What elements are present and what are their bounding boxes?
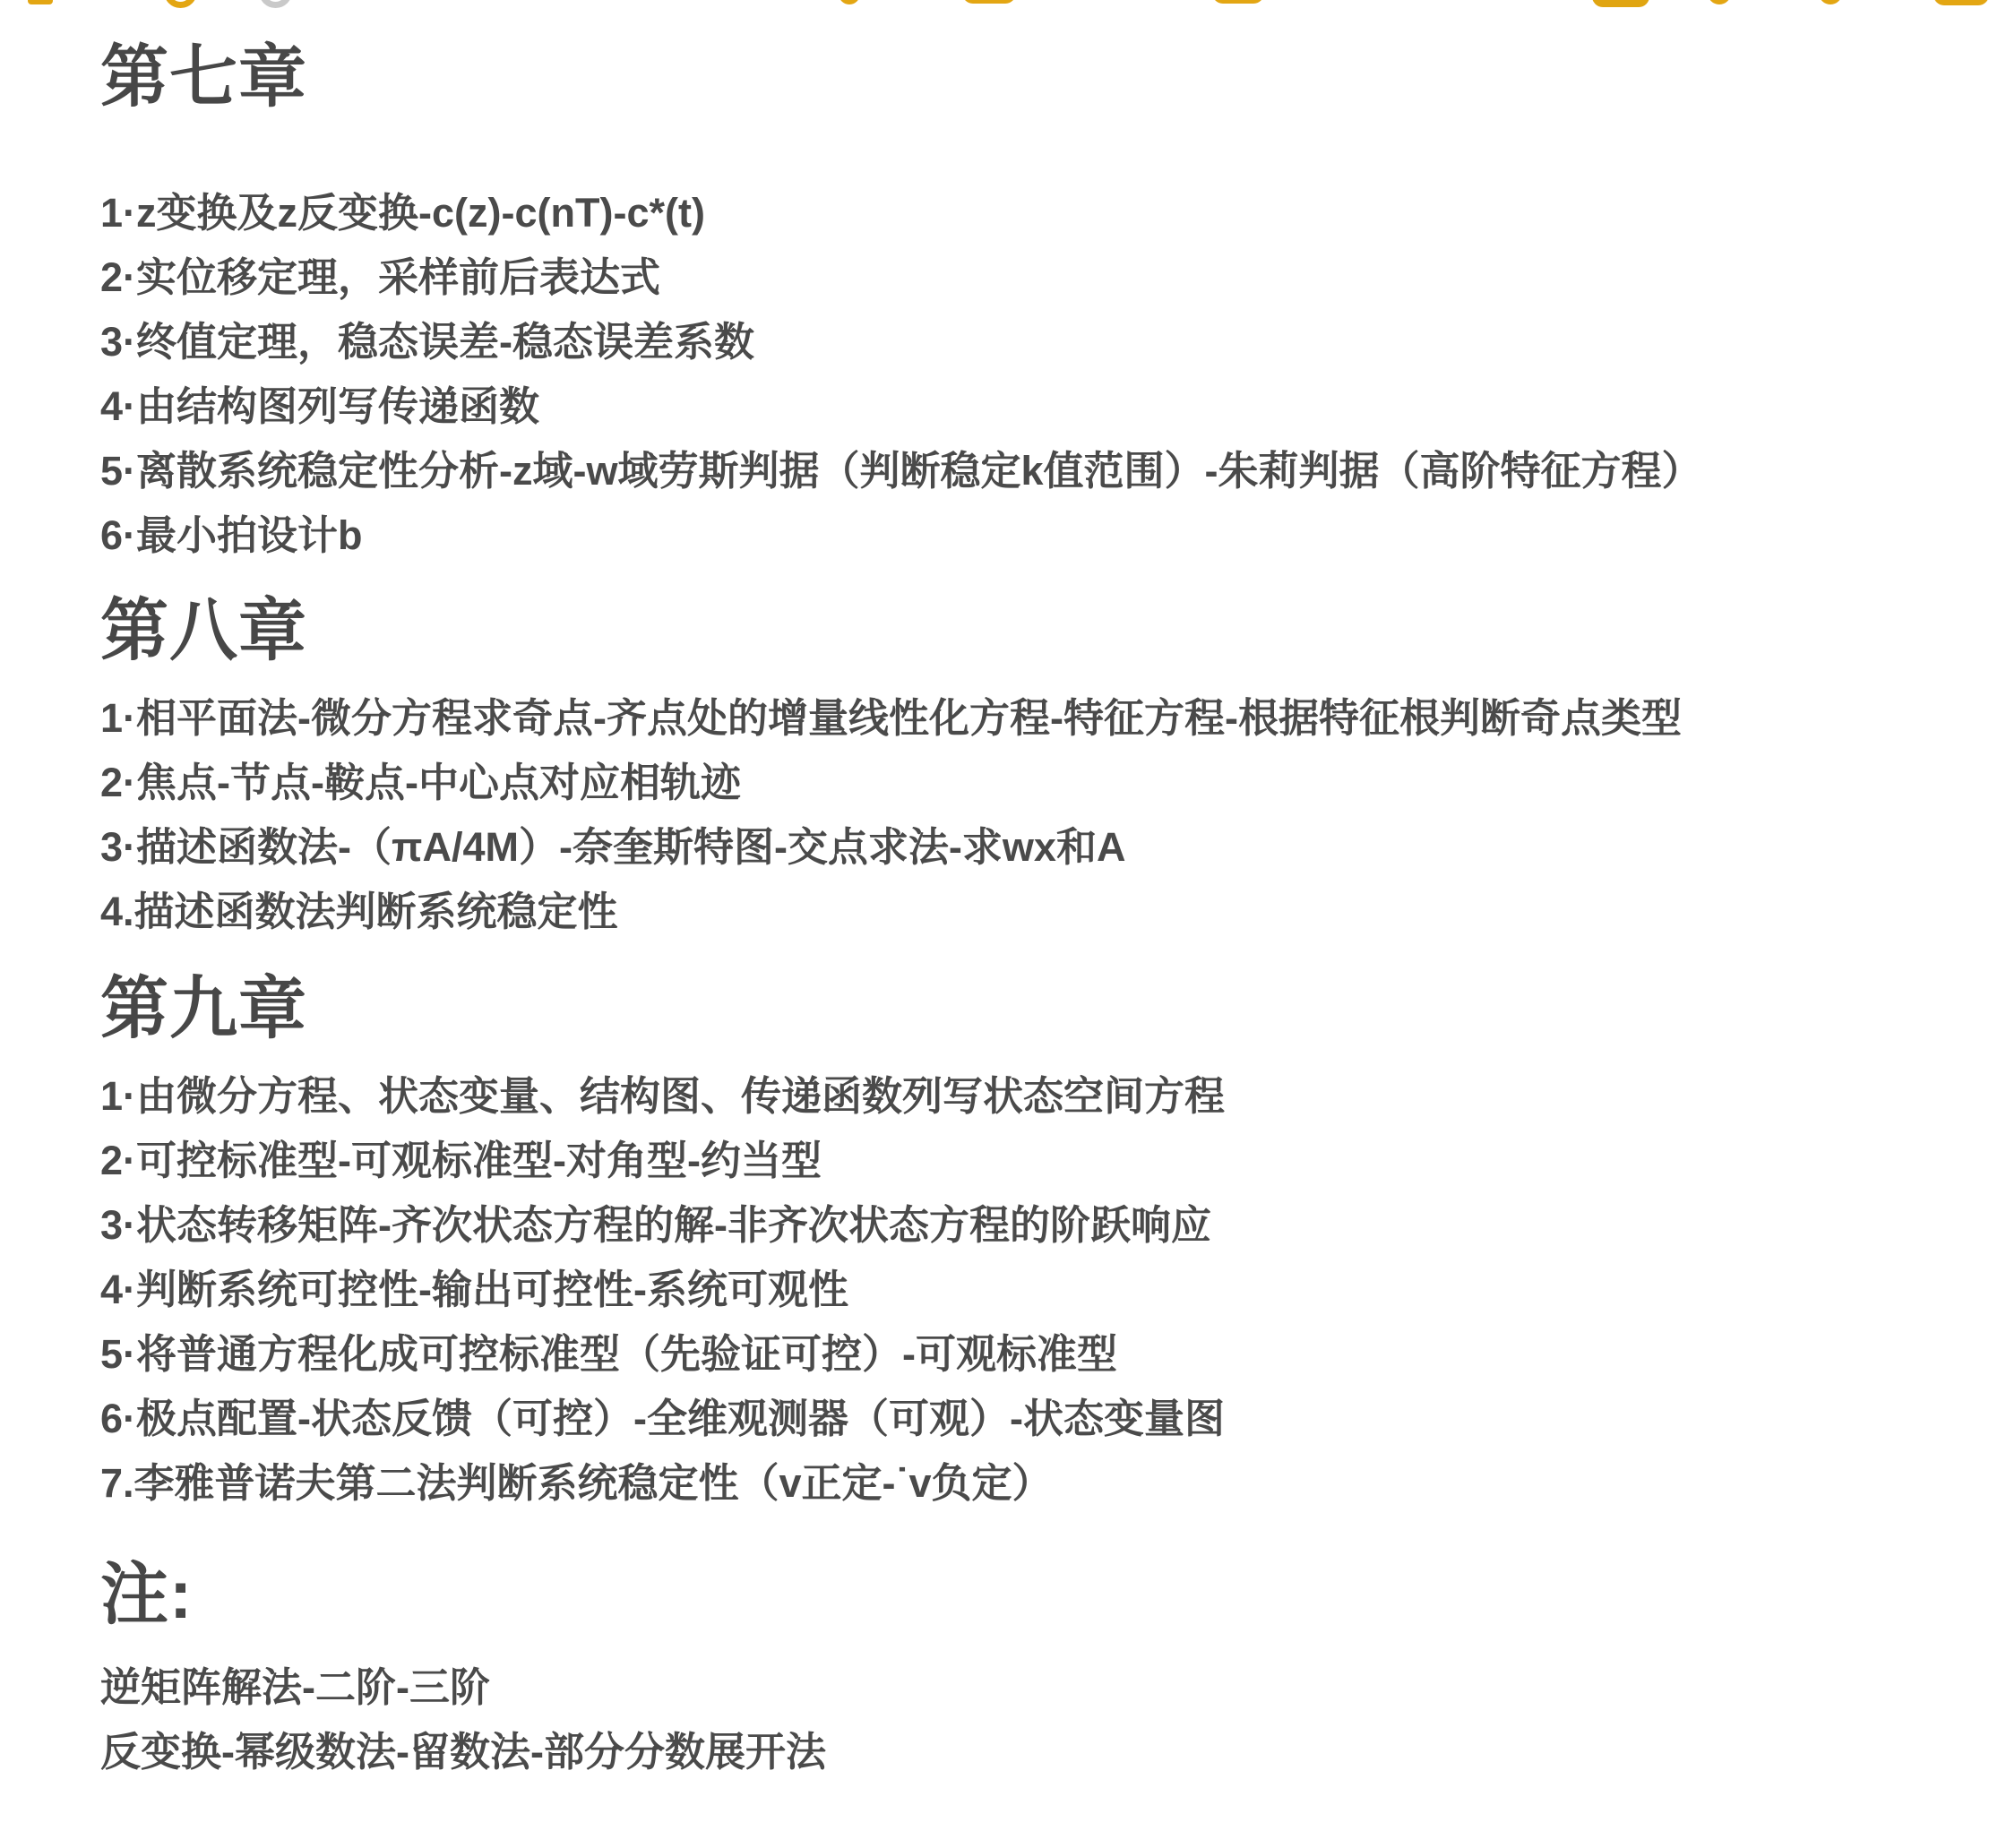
circle-outline-gray-icon[interactable]	[259, 0, 292, 8]
section-heading: 第九章	[100, 973, 1953, 1046]
note-line: 6·极点配置-状态反馈（可控）-全维观测器（可观）-状态变量图	[100, 1387, 1953, 1451]
note-line: 2·可控标准型-可观标准型-对角型-约当型	[100, 1129, 1953, 1193]
note-section-1: 第八章1·相平面法-微分方程求奇点-齐点处的增量线性化方程-特征方程-根据特征根…	[100, 595, 1953, 944]
note-line: 2·实位移定理，采样前后表达式	[100, 245, 1953, 310]
circle-outline-yellow-icon[interactable]	[164, 0, 197, 8]
note-section-2: 第九章1·由微分方程、状态变量、结构图、传递函数列写状态空间方程2·可控标准型-…	[100, 973, 1953, 1516]
marker-chisel-icon[interactable]	[1933, 0, 1989, 5]
marker-chisel-icon-shape	[1933, 0, 1989, 5]
pen-tip-icon-shape	[839, 0, 860, 4]
note-line: 2·焦点-节点-鞍点-中心点对应相轨迹	[100, 751, 1953, 815]
note-line: 4·由结构图列写传递函数	[100, 374, 1953, 439]
note-body: 第七章1·z变换及z反变换-c(z)-c(nT)-c*(t)2·实位移定理，采样…	[100, 41, 1953, 1784]
toolbar-fragments	[0, 0, 1989, 13]
pen-tip-icon[interactable]	[839, 0, 860, 4]
note-line: 反变换-幂级数法-留数法-部分分数展开法	[100, 1720, 1953, 1784]
note-line: 1·相平面法-微分方程求奇点-齐点处的增量线性化方程-特征方程-根据特征根判断奇…	[100, 686, 1953, 751]
note-line: 逆矩阵解法-二阶-三阶	[100, 1655, 1953, 1720]
marker-chisel-icon-shape	[1592, 0, 1649, 7]
note-line: 1·z变换及z反变换-c(z)-c(nT)-c*(t)	[100, 181, 1953, 245]
note-line: 1·由微分方程、状态变量、结构图、传递函数列写状态空间方程	[100, 1064, 1953, 1129]
circle-outline-yellow-icon-shape	[164, 0, 197, 8]
circle-outline-gray-icon-shape	[259, 0, 292, 8]
note-line: 4.描述函数法判断系统稳定性	[100, 880, 1953, 944]
note-line: 6·最小拍设计b	[100, 503, 1953, 568]
note-line: 3·描述函数法-（πA/4M）-奈奎斯特图-交点求法-求wx和A	[100, 815, 1953, 880]
highlighter-tip-icon[interactable]	[28, 0, 53, 4]
marker-chisel-icon-shape	[962, 0, 1016, 4]
section-heading: 注:	[100, 1559, 1953, 1632]
marker-chisel-icon[interactable]	[1592, 0, 1649, 7]
note-line: 5·离散系统稳定性分析-z域-w域劳斯判据（判断稳定k值范围）-朱莉判据（高阶特…	[100, 439, 1953, 503]
note-line: 3·终值定理，稳态误差-稳态误差系数	[100, 310, 1953, 374]
marker-chisel-icon[interactable]	[962, 0, 1016, 4]
note-section-3: 注:逆矩阵解法-二阶-三阶反变换-幂级数法-留数法-部分分数展开法	[100, 1559, 1953, 1784]
highlighter-tip-icon-shape	[28, 0, 53, 4]
section-heading: 第八章	[100, 595, 1953, 668]
pen-tip-icon[interactable]	[1819, 0, 1842, 4]
note-line: 4·判断系统可控性-输出可控性-系统可观性	[100, 1258, 1953, 1322]
note-line: 3·状态转移矩阵-齐次状态方程的解-非齐次状态方程的阶跃响应	[100, 1193, 1953, 1258]
pen-tip-icon[interactable]	[1708, 0, 1731, 4]
section-heading: 第七章	[100, 41, 1953, 115]
marker-chisel-icon-shape	[1212, 0, 1264, 4]
note-line: 5·将普通方程化成可控标准型（先验证可控）-可观标准型	[100, 1322, 1953, 1387]
pen-tip-icon-shape	[1708, 0, 1731, 4]
note-section-0: 第七章1·z变换及z反变换-c(z)-c(nT)-c*(t)2·实位移定理，采样…	[100, 41, 1953, 568]
pen-tip-icon-shape	[1819, 0, 1842, 4]
marker-chisel-icon[interactable]	[1212, 0, 1264, 4]
note-line: 7.李雅普诺夫第二法判断系统稳定性（v正定-˙v负定）	[100, 1451, 1953, 1516]
